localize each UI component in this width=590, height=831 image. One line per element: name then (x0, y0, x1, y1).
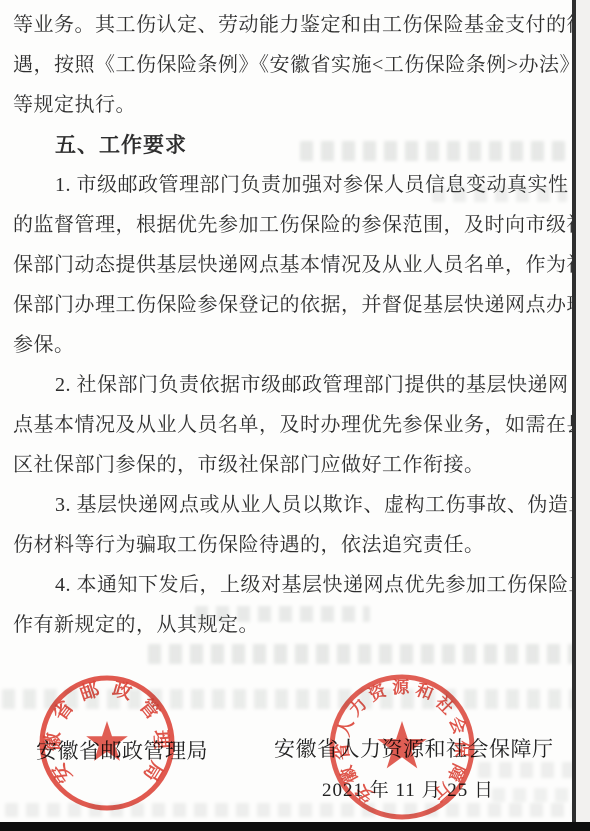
signature-hr-social-dept: 安徽省人力资源和社会保障厅 (274, 733, 554, 763)
bleedthrough-text (195, 606, 370, 622)
scan-edge-right (572, 0, 576, 831)
body-line: 伤材料等行为骗取工伤保险待遇的，依法追究责任。 (13, 525, 575, 565)
body-line: 2. 社保部门负责依据市级邮政管理部门提供的基层快递网 (13, 365, 575, 405)
bleedthrough-text (300, 141, 565, 161)
body-line: 区社保部门参保的，市级社保部门应做好工作衔接。 (13, 445, 575, 485)
document-body: 等业务。其工伤认定、劳动能力鉴定和由工伤保险基金支付的待 遇，按照《工伤保险条例… (13, 5, 575, 645)
scanned-document-page: 等业务。其工伤认定、劳动能力鉴定和由工伤保险基金支付的待 遇，按照《工伤保险条例… (0, 0, 590, 831)
body-line: 的监督管理，根据优先参加工伤保险的参保范围，及时向市级社 (13, 205, 575, 245)
body-line: 保部门办理工伤保险参保登记的依据，并督促基层快递网点办理 (13, 285, 575, 325)
body-line: 3. 基层快递网点或从业人员以欺诈、虚构工伤事故、伪造工 (13, 485, 575, 525)
body-line: 参保。 (13, 325, 575, 365)
bleedthrough-text (2, 689, 578, 709)
bleedthrough-text (492, 788, 580, 802)
scan-edge-paper (576, 0, 590, 831)
signature-date: 2021 年 11 月 25 日 (322, 775, 494, 802)
scan-edge-bottom (0, 822, 590, 831)
bleedthrough-text (432, 186, 567, 202)
body-line: 等规定执行。 (13, 85, 575, 125)
body-line: 点基本情况及从业人员名单，及时办理优先参保业务，如需在县 (13, 405, 575, 445)
body-line: 遇，按照《工伤保险条例》《安徽省实施<工伤保险条例>办法》 (13, 45, 575, 85)
bleedthrough-text (148, 644, 580, 664)
body-line: 4. 本通知下发后，上级对基层快递网点优先参加工伤保险工 (13, 565, 575, 605)
signature-postal-bureau: 安徽省邮政管理局 (36, 735, 208, 765)
body-line: 保部门动态提供基层快递网点基本情况及从业人员名单，作为社 (13, 245, 575, 285)
body-line: 等业务。其工伤认定、劳动能力鉴定和由工伤保险基金支付的待 (13, 5, 575, 45)
bleedthrough-text (5, 803, 580, 817)
